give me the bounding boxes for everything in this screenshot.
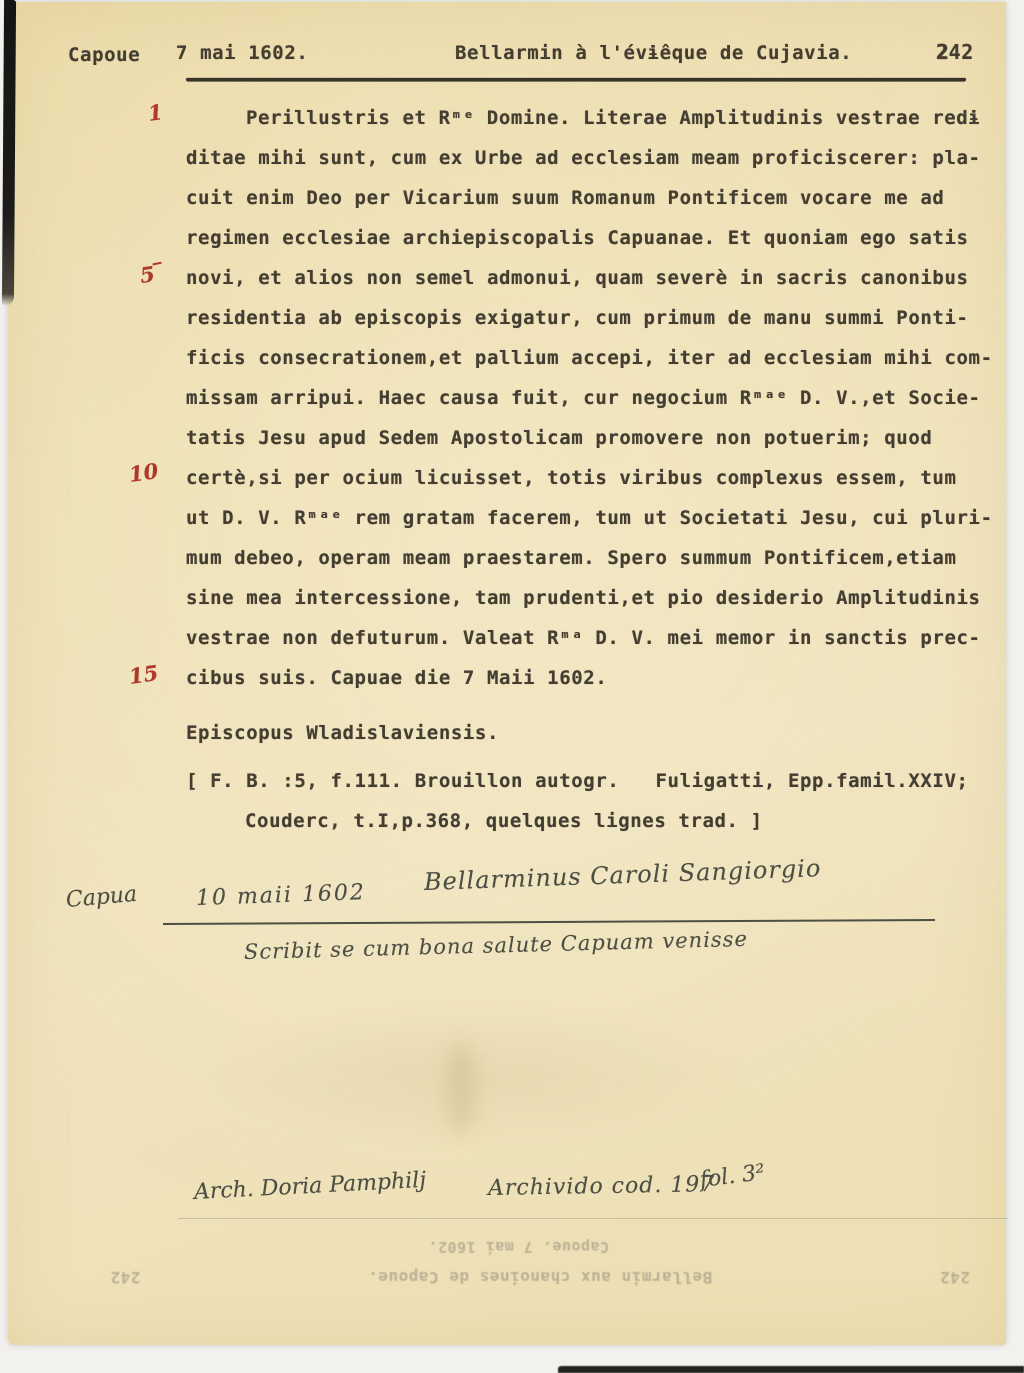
handwritten-codex-ref: Archivido cod. 197: [488, 1172, 716, 1201]
body-line: tatis Jesu apud Sedem Apostolicam promov…: [186, 418, 986, 458]
header-place: Capoue: [68, 44, 140, 66]
header-rule: [186, 78, 966, 81]
citation-line-2: Couderc, t.I,p.368, quelques lignes trad…: [245, 810, 763, 832]
margin-line-number: 10: [127, 458, 159, 487]
bleedthrough-line-1: Capoue. 7 mai 1602.: [428, 1238, 609, 1256]
body-line: ficis consecrationem,et pallium accepi, …: [186, 338, 986, 378]
body-line: vestrae non defuturum. Valeat Rᵐᵃ D. V. …: [186, 618, 986, 658]
body-line: Perillustris et Rᵐᵉ Domine. Literae Ampl…: [186, 98, 986, 138]
body-text: Perillustris et Rᵐᵉ Domine. Literae Ampl…: [186, 98, 986, 698]
citation-line-1: [ F. B. :5, f.111. Brouillon autogr. Ful…: [186, 770, 969, 792]
paper-stain: [446, 1040, 476, 1135]
margin-line-number: 5: [138, 261, 156, 288]
body-line: cibus suis. Capuae die 7 Maii 1602.: [186, 658, 986, 698]
scanned-document-page: Capoue 7 mai 1602. Bellarmin à l'évɨêque…: [0, 0, 1024, 1373]
bleedthrough-page-number-right: 242: [110, 1268, 140, 1287]
scan-edge-strip: [2, 0, 16, 306]
bleedthrough-page-number-left: 242: [940, 1268, 970, 1287]
page-number-overstruck-digit: 2: [936, 40, 949, 64]
body-line: sine mea intercessione, tam prudenti,et …: [186, 578, 986, 618]
page-number: 242: [936, 40, 974, 64]
signature-line: Episcopus Wladislaviensis.: [186, 722, 499, 744]
body-line: ut D. V. Rᵐᵃᵉ rem gratam facerem, tum ut…: [186, 498, 986, 538]
body-line: novi, et alios non semel admonui, quam s…: [186, 258, 986, 298]
body-line: cuit enim Deo per Vicarium suum Romanum …: [186, 178, 986, 218]
body-line: certè,si per ocium licuisset, totis viri…: [186, 458, 986, 498]
bleedthrough-title: Bellarmin aux chanoines de Capoue.: [368, 1268, 713, 1287]
body-line: residentia ab episcopis exigatur, cum pr…: [186, 298, 986, 338]
margin-line-number: 15: [127, 660, 159, 689]
body-line: ditae mihi sunt, cum ex Urbe ad ecclesia…: [186, 138, 986, 178]
header-date: 7 mai 1602.: [176, 42, 308, 64]
body-line: missam arripui. Haec causa fuit, cur neg…: [186, 378, 986, 418]
bleedthrough-line-2: 242 Bellarmin aux chanoines de Capoue. 2…: [110, 1268, 970, 1287]
page-number-digits: 42: [949, 40, 974, 64]
body-line: regimen ecclesiae archiepiscopalis Capua…: [186, 218, 986, 258]
faint-rule: [178, 1218, 1008, 1219]
header-title: Bellarmin à l'évɨêque de Cujavia.: [455, 42, 852, 64]
bottom-scan-band: [558, 1366, 1024, 1373]
body-line: mum debeo, operam meam praestarem. Spero…: [186, 538, 986, 578]
